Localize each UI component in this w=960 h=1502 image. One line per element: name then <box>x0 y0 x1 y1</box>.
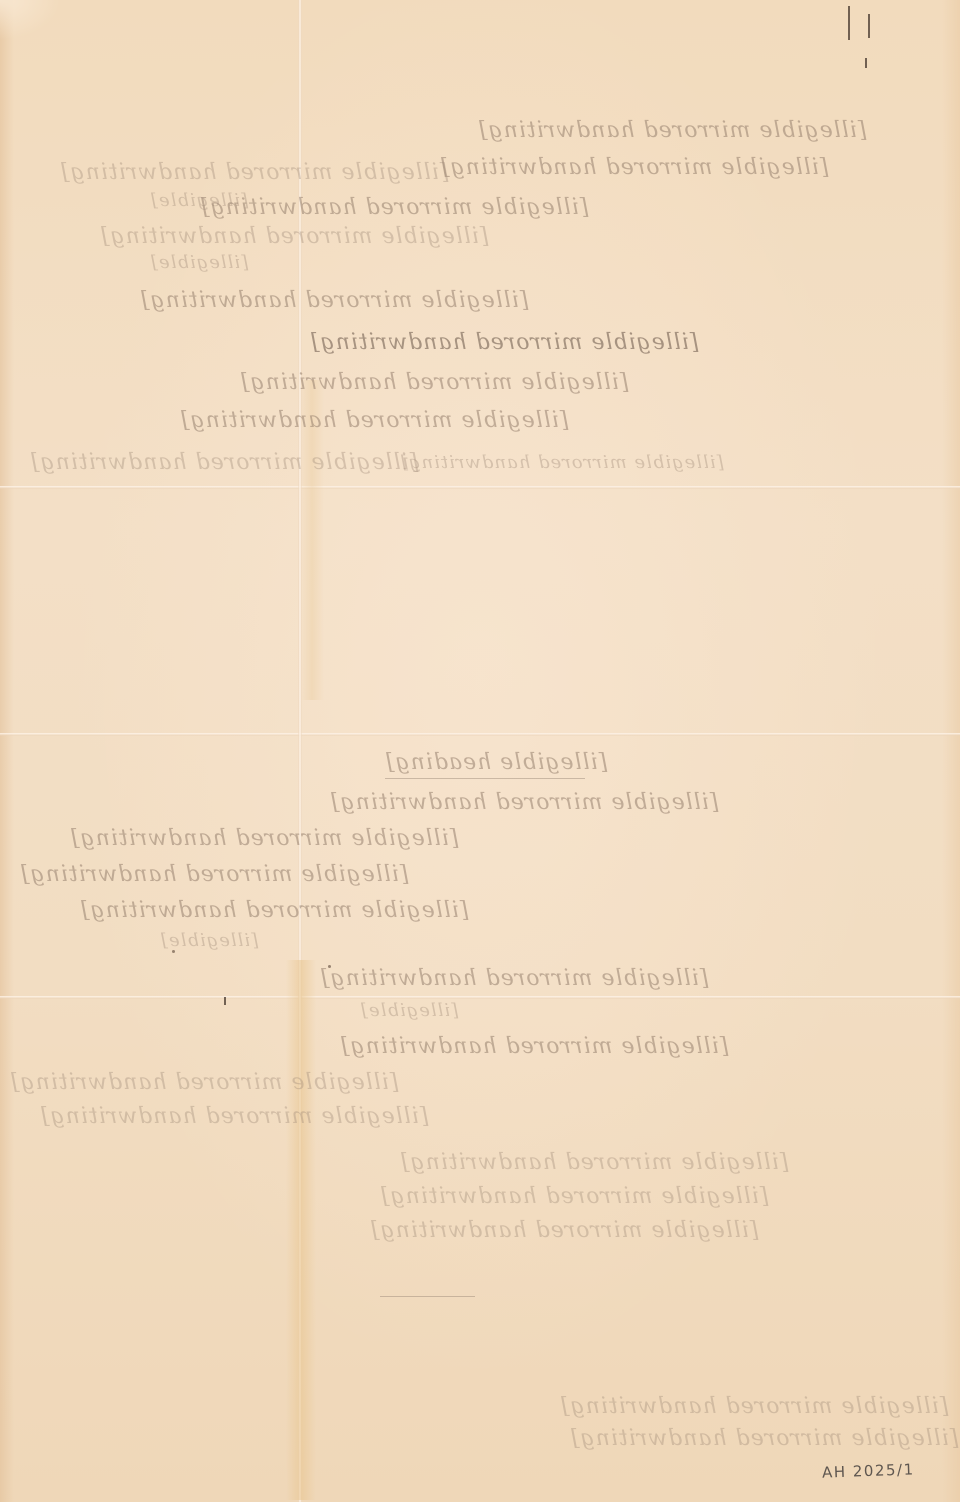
water-stain <box>286 960 316 1500</box>
bleed-through-line: [illegible] <box>160 930 258 951</box>
bleed-through-line: [illegible] <box>150 252 248 273</box>
bleed-through-line: [illegible mirrored handwriting] <box>370 1218 758 1243</box>
bleed-through-line: [illegible mirrored handwriting] <box>340 1034 728 1059</box>
ink-speck <box>328 965 331 968</box>
bleed-through-line: [illegible mirrored handwriting] <box>140 288 528 313</box>
bleed-through-line: [illegible mirrored handwriting] <box>330 790 718 815</box>
bleed-through-line: [illegible mirrored handwriting] <box>570 1426 958 1451</box>
paper-edge-left <box>0 0 14 1502</box>
bleed-through-line: [illegible mirrored handwriting] <box>380 1184 768 1209</box>
bleed-through-line: [illegible mirrored handwriting] <box>560 1394 948 1419</box>
bleed-through-line: [illegible mirrored handwriting] <box>20 862 408 887</box>
ink-mark <box>224 997 226 1005</box>
horizontal-fold-line <box>0 733 960 736</box>
archive-reference-mark: AH 2025/1 <box>822 1460 915 1481</box>
bleed-through-line: [illegible] <box>150 190 248 211</box>
bleed-through-line: [illegible mirrored handwriting] <box>180 408 568 433</box>
bleed-through-line: [illegible mirrored handwriting] <box>320 966 708 991</box>
paper-edge-right <box>942 0 960 1502</box>
heading-underline <box>385 778 585 779</box>
bleed-through-line: [illegible mirrored handwriting] <box>70 826 458 851</box>
bleed-through-line: [illegible mirrored handwriting] <box>30 450 418 475</box>
bleed-through-line: [illegible mirrored handwriting] <box>60 160 448 185</box>
bleed-through-line: [illegible mirrored handwriting] <box>478 118 866 143</box>
bleed-through-line: [illegible mirrored handwriting] <box>200 195 588 220</box>
bleed-through-line: [illegible mirrored handwriting] <box>240 370 628 395</box>
bleed-through-line: [illegible mirrored handwriting] <box>400 1150 788 1175</box>
bleed-through-line: [illegible] <box>360 1000 458 1021</box>
bleed-through-line: [illegible mirrored handwriting] <box>80 898 468 923</box>
bleed-through-heading: [illegible heading] <box>385 750 607 775</box>
paper-corner-wear <box>0 0 60 40</box>
document-sheet: [illegible mirrored handwriting] [illegi… <box>0 0 960 1502</box>
bleed-through-line: [illegible mirrored handwriting] <box>440 155 828 180</box>
bleed-through-line: [illegible mirrored handwriting] <box>400 452 724 473</box>
horizontal-fold-line <box>0 996 960 999</box>
bleed-through-line: [illegible mirrored handwriting] <box>40 1104 428 1129</box>
ink-mark <box>868 14 870 38</box>
horizontal-fold-line <box>0 486 960 489</box>
bleed-through-line: [illegible mirrored handwriting] <box>310 330 698 355</box>
ink-mark <box>848 6 850 40</box>
bleed-through-line: [illegible mirrored handwriting] <box>10 1070 398 1095</box>
ink-mark <box>865 58 867 68</box>
signature-rule <box>380 1296 475 1297</box>
ink-speck <box>172 950 175 953</box>
bleed-through-line: [illegible mirrored handwriting] <box>100 224 488 249</box>
